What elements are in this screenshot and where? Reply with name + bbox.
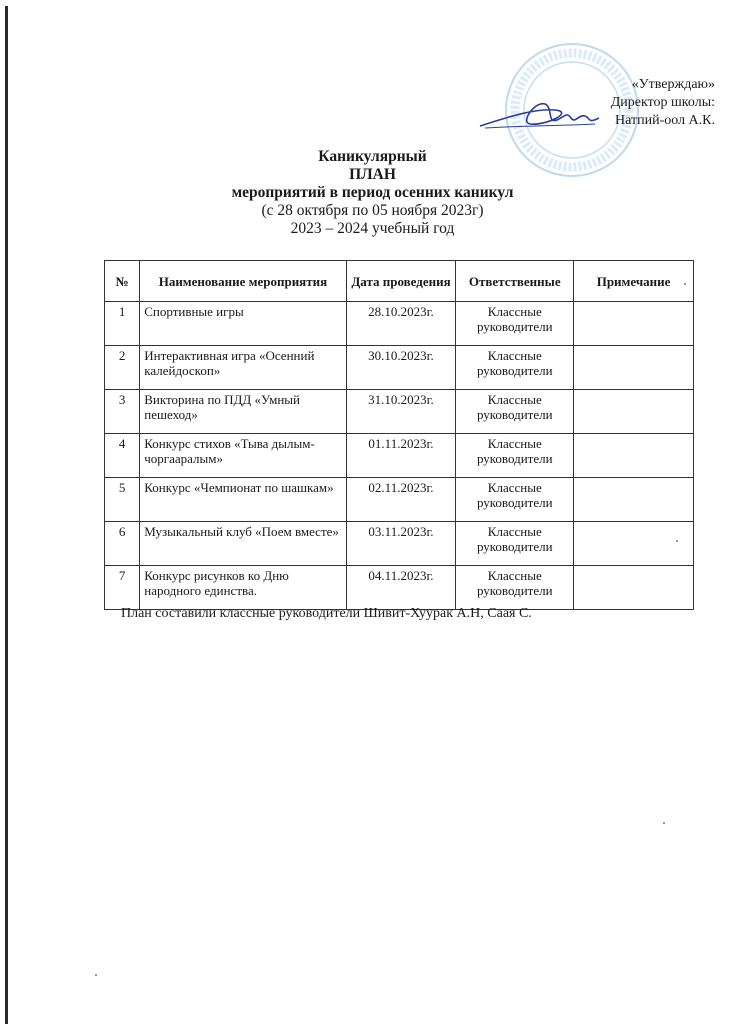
cell-note <box>574 434 694 478</box>
cell-event-name: Конкурс стихов «Тыва дылым-чоргааралым» <box>140 434 346 478</box>
cell-number: 2 <box>105 346 140 390</box>
table-row: 1Спортивные игры28.10.2023г.Классные рук… <box>105 302 694 346</box>
title-period: (с 28 октября по 05 ноября 2023г) <box>0 202 745 220</box>
cell-number: 5 <box>105 478 140 522</box>
scan-speck <box>676 540 678 542</box>
cell-number: 1 <box>105 302 140 346</box>
table-row: 3Викторина по ПДД «Умный пешеход»31.10.2… <box>105 390 694 434</box>
cell-date: 03.11.2023г. <box>346 522 456 566</box>
table-row: 5Конкурс «Чемпионат по шашкам»02.11.2023… <box>105 478 694 522</box>
cell-note <box>574 478 694 522</box>
title-line-2: ПЛАН <box>0 166 745 184</box>
cell-number: 4 <box>105 434 140 478</box>
cell-event-name: Интерактивная игра «Осенний калейдоскоп» <box>140 346 346 390</box>
events-table: № Наименование мероприятия Дата проведен… <box>104 260 694 610</box>
title-year: 2023 – 2024 учебный год <box>0 220 745 238</box>
document-title: Каникулярный ПЛАН мероприятий в период о… <box>0 148 745 238</box>
compiled-by-note: План составили классные руководители Шив… <box>121 606 532 622</box>
scan-speck <box>684 283 686 285</box>
approval-position: Директор школы: <box>611 94 715 112</box>
signature-icon <box>475 96 605 136</box>
cell-event-name: Викторина по ПДД «Умный пешеход» <box>140 390 346 434</box>
cell-responsible: Классные руководители <box>456 302 574 346</box>
cell-note <box>574 390 694 434</box>
approval-block: «Утверждаю» Директор школы: Натпий-оол А… <box>611 76 715 130</box>
cell-number: 3 <box>105 390 140 434</box>
cell-responsible: Классные руководители <box>456 434 574 478</box>
cell-date: 01.11.2023г. <box>346 434 456 478</box>
header-responsible: Ответственные <box>456 261 574 302</box>
cell-event-name: Конкурс рисунков ко Дню народного единст… <box>140 566 346 610</box>
cell-responsible: Классные руководители <box>456 390 574 434</box>
cell-event-name: Музыкальный клуб «Поем вместе» <box>140 522 346 566</box>
header-event-name: Наименование мероприятия <box>140 261 346 302</box>
title-line-3: мероприятий в период осенних каникул <box>0 184 745 202</box>
cell-responsible: Классные руководители <box>456 522 574 566</box>
scan-speck <box>95 974 97 976</box>
approval-name: Натпий-оол А.К. <box>611 112 715 130</box>
cell-note <box>574 566 694 610</box>
header-number: № <box>105 261 140 302</box>
scan-speck <box>663 822 665 824</box>
table-row: 7Конкурс рисунков ко Дню народного единс… <box>105 566 694 610</box>
table-header-row: № Наименование мероприятия Дата проведен… <box>105 261 694 302</box>
title-line-1: Каникулярный <box>0 148 745 166</box>
cell-note <box>574 522 694 566</box>
cell-date: 04.11.2023г. <box>346 566 456 610</box>
cell-event-name: Конкурс «Чемпионат по шашкам» <box>140 478 346 522</box>
cell-event-name: Спортивные игры <box>140 302 346 346</box>
header-date: Дата проведения <box>346 261 456 302</box>
cell-date: 30.10.2023г. <box>346 346 456 390</box>
cell-number: 6 <box>105 522 140 566</box>
table-row: 4Конкурс стихов «Тыва дылым-чоргааралым»… <box>105 434 694 478</box>
table-row: 2Интерактивная игра «Осенний калейдоскоп… <box>105 346 694 390</box>
cell-responsible: Классные руководители <box>456 346 574 390</box>
cell-responsible: Классные руководители <box>456 478 574 522</box>
header-note: Примечание <box>574 261 694 302</box>
cell-note <box>574 302 694 346</box>
cell-date: 31.10.2023г. <box>346 390 456 434</box>
cell-date: 28.10.2023г. <box>346 302 456 346</box>
cell-responsible: Классные руководители <box>456 566 574 610</box>
table-row: 6Музыкальный клуб «Поем вместе»03.11.202… <box>105 522 694 566</box>
approval-line: «Утверждаю» <box>611 76 715 94</box>
cell-note <box>574 346 694 390</box>
cell-number: 7 <box>105 566 140 610</box>
cell-date: 02.11.2023г. <box>346 478 456 522</box>
